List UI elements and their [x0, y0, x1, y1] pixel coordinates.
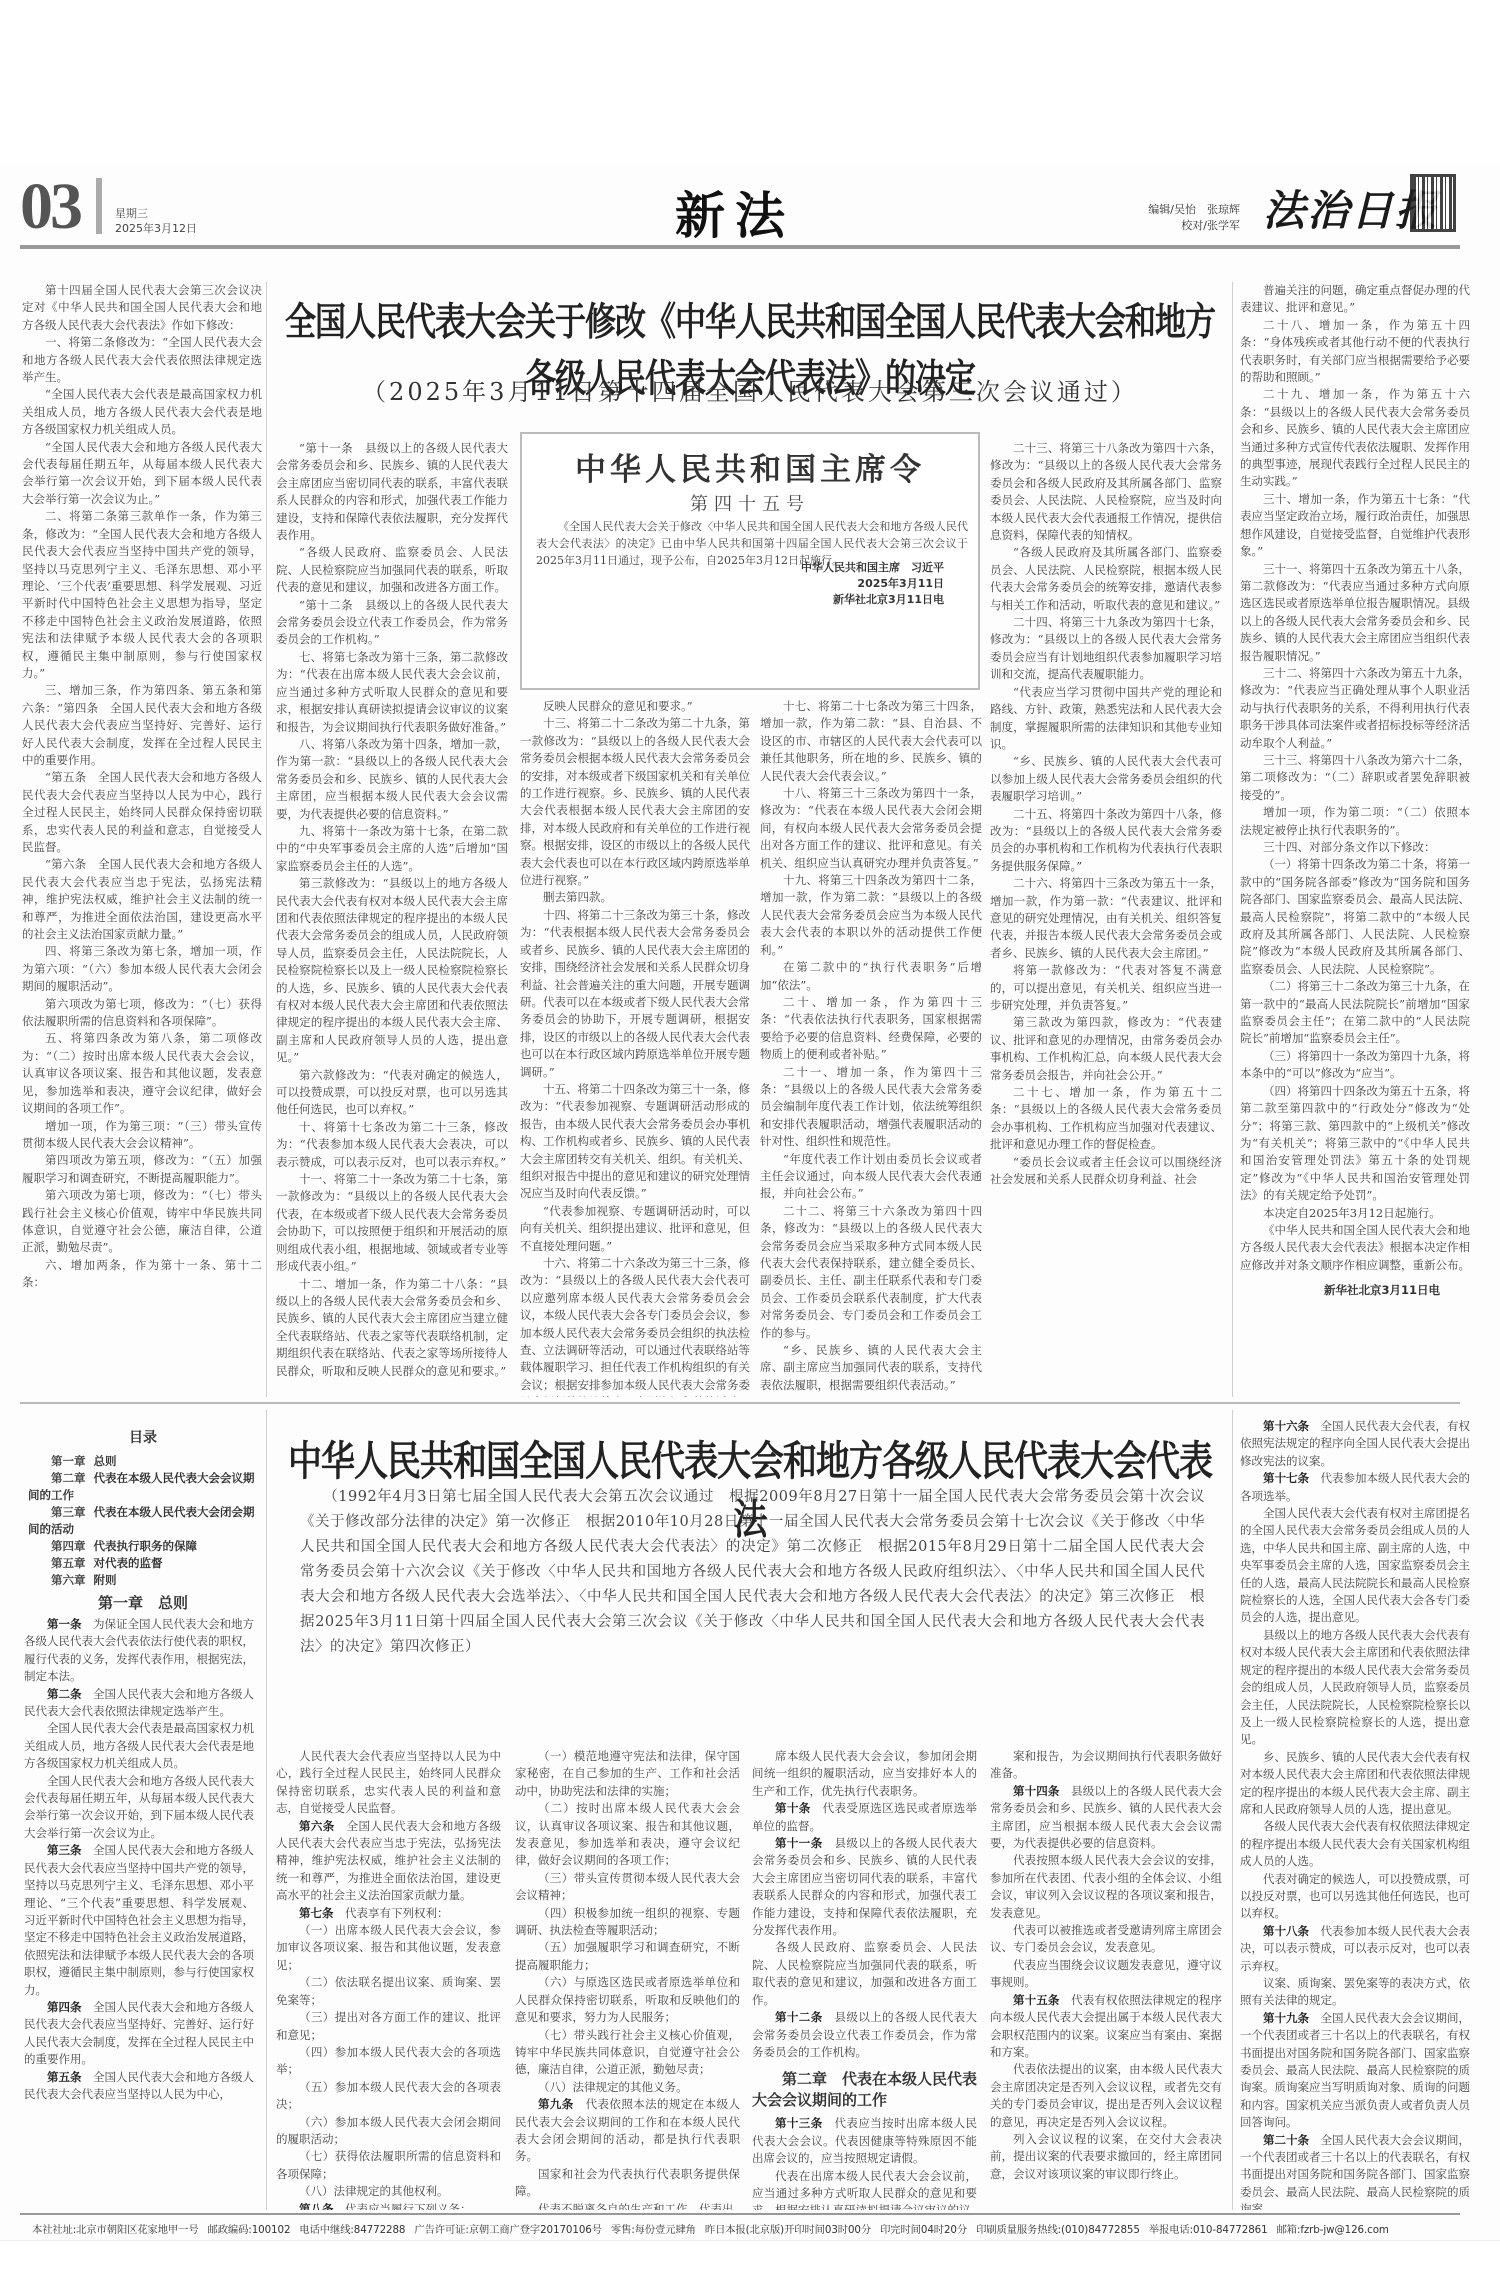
proofreader: 校对/张学军: [1010, 218, 1240, 234]
presidential-order-box: 中华人民共和国主席令 第四十五号 《全国人民代表大会关于修改〈中华人民共和国全国…: [520, 432, 980, 690]
decision-paragraph: 第六项改为第七项，修改为：“（七）获得依法履职所需的信息资料和各项保障”。: [22, 996, 262, 1031]
toc-item-1: 第一章总则: [28, 1453, 258, 1470]
law-article: 第十条 代表受原选区选民或者原选举单位的监督。: [752, 1800, 977, 1835]
law-article: 第二条 全国人民代表大会和地方各级人民代表大会代表依照法律规定选举产生。: [24, 1686, 254, 1721]
law-article: 第六条 全国人民代表大会和地方各级人民代表大会代表应当忠于宪法，弘扬宪法精神，维…: [276, 1818, 501, 1905]
law-article: 第二十条 全国人民代表大会会议期间，一个代表团或者三十名以上的代表联名，有权书面…: [1240, 2132, 1470, 2210]
law-article: 全国人民代表大会代表是最高国家权力机关组成人员，地方各级人民代表大会代表是地方各…: [24, 1720, 254, 1772]
decision-paragraph: 第三款修改为：“县级以上的地方各级人民代表大会代表有权对本级人民代表大会主席团和…: [276, 875, 508, 1066]
law-article: 第七条 代表享有下列权利：: [276, 1905, 501, 1922]
decision-paragraph: 十九、将第三十四条改为第四十二条，增加一款，作为第二款：“县级以上的各级人民代表…: [760, 872, 982, 959]
toc-item-6: 第六章附则: [28, 1572, 258, 1589]
law-article: （七）获得依法履职所需的信息资料和各项保障；: [276, 2148, 501, 2183]
decision-paragraph: 六、增加两条，作为第十一条、第十二条：: [22, 1257, 262, 1292]
law-article: 全国人民代表大会和地方各级人民代表大会代表每届任期五年，从每届本级人民代表大会举…: [24, 1773, 254, 1843]
decision-paragraph: 反映人民群众的意见和要求。”: [520, 698, 750, 715]
law-column-1: 第一条 为保证全国人民代表大会和地方各级人民代表大会代表依法行使代表的职权，履行…: [24, 1616, 254, 2176]
decision-paragraph: 第十四届全国人民代表大会第三次会议决定对《中华人民共和国全国人民代表大会和地方各…: [22, 282, 262, 334]
page-number: 03: [20, 172, 80, 242]
article-text: 代表依法提出的议案，由本级人民代表大会主席团决定是否列入会议议程，或者先交有关的…: [990, 2062, 1222, 2128]
article-number: 第十条: [775, 1801, 811, 1815]
law-column-4: 席本级人民代表大会会议，参加闭会期间统一组织的履职活动，应当安排好本人的生产和工…: [752, 1748, 977, 2210]
footer-item: 电话中继线:84772288: [299, 2224, 405, 2236]
article-text: 全国人民代表大会代表有权对主席团提名的全国人民代表大会常务委员会组成人员的人选，…: [1240, 1506, 1470, 1624]
decision-paragraph: “代表应当学习贯彻中国共产党的理论和路线、方针、政策，熟悉宪法和人民代表大会制度…: [990, 684, 1222, 754]
article-number: 第十二条: [775, 2010, 823, 2024]
law-article: （一）模范地遵守宪法和法律，保守国家秘密，在自己参加的生产、工作和社会活动中，协…: [515, 1748, 740, 1800]
toc-chapter-number: 第四章: [51, 1539, 86, 1553]
qr-code-icon[interactable]: [1410, 174, 1456, 232]
law-article: 国家和社会为代表执行代表职务提供保障。: [515, 2166, 740, 2201]
law-article: 第十一条 县级以上的各级人民代表大会常务委员会和乡、民族乡、镇的人民代表大会主席…: [752, 1835, 977, 1939]
law-article: （四）参加本级人民代表大会的各项选举；: [276, 2044, 501, 2079]
law-article: 代表可以被推选或者受邀请列席主席团会议、专门委员会会议，发表意见。: [990, 1922, 1222, 1957]
decision-column-3: 反映人民群众的意见和要求。”十三、将第二十二条改为第二十九条，第一款修改为：“县…: [520, 698, 750, 1397]
law-article: 第三条 全国人民代表大会和地方各级人民代表大会代表应当坚持中国共产党的领导，坚持…: [24, 1842, 254, 1999]
law-article: 第十七条 代表参加本级人民代表大会的各项选举。: [1240, 1470, 1470, 1505]
law-article: 第十三条 代表应当按时出席本级人民代表大会会议。代表因健康等特殊原因不能出席会议…: [752, 2115, 977, 2167]
law-article: 第五条 全国人民代表大会和地方各级人民代表大会代表应当坚持以人民为中心，: [24, 2069, 254, 2104]
law-article: 第十六条 全国人民代表大会代表，有权依照宪法规定的程序向全国人民代表大会提出修改…: [1240, 1418, 1470, 1470]
decision-paragraph: “第十二条 县级以上的各级人民代表大会常务委员会设立代表工作委员会，作为常务委员…: [276, 597, 508, 649]
article-text: （一）出席本级人民代表大会会议，参加审议各项议案、报告和其他议题，发表意见；: [276, 1923, 501, 1972]
decision-paragraph: （一）将第十四条改为第二十条，将第一款中的“国务院各部委”修改为“国务院和国务院…: [1240, 856, 1470, 978]
editor-credits: 编辑/吴怡 张琼辉 校对/张学军: [1010, 202, 1240, 234]
toc-chapter-number: 第三章: [51, 1505, 86, 1519]
decision-paragraph: 二十九、增加一条，作为第五十六条：“县级以上的各级人民代表大会常务委员会和乡、民…: [1240, 386, 1470, 490]
article-text: （六）参加本级人民代表大会闭会期间的履职活动；: [276, 2115, 501, 2146]
law-article: （二）依法联名提出议案、质询案、罢免案等；: [276, 1974, 501, 2009]
decision-paragraph: 将第一款修改为：“代表对答复不满意的，可以提出意见，有关机关、组织应当进一步研究…: [990, 962, 1222, 1014]
article-text: 各级人民代表大会代表有权依照法律规定的程序提出本级人民代表大会有关国家机构组成人…: [1240, 1819, 1470, 1868]
decision-paragraph: 十二、增加一条，作为第二十八条：“县级以上的各级人民代表大会常务委员会和乡、民族…: [276, 1276, 508, 1380]
footer-item: 广告许可证:京朝工商广登字20170106号: [414, 2224, 602, 2236]
article-number: 第十六条: [1263, 1419, 1309, 1433]
article-text: 列入会议议程的议案，在交付大会表决前，提出议案的代表要求撤回的，经主席团同意，会…: [990, 2132, 1222, 2181]
article-text: 代表对确定的候选人，可以投赞成票，可以投反对票，也可以另选其他任何选民，也可以弃…: [1240, 1872, 1470, 1921]
chapter-1-heading: 第一章 总则: [28, 1595, 258, 1612]
article-number: 第六条: [299, 1819, 335, 1833]
header-rule: [20, 245, 1460, 249]
decision-paragraph: 二十二、将第三十六条改为第四十四条，修改为：“县级以上的各级人民代表大会常务委员…: [760, 1203, 982, 1342]
law-article: 第一条 为保证全国人民代表大会和地方各级人民代表大会代表依法行使代表的职权，履行…: [24, 1616, 254, 1686]
decision-paragraph: 十六、将第二十六条改为第三十三条，修改为：“县级以上的各级人民代表大会代表可以应…: [520, 1255, 750, 1397]
decision-paragraph: 一、将第二条修改为：“全国人民代表大会和地方各级人民代表大会代表依照法律规定选举…: [22, 334, 262, 386]
article-text: 人民代表大会代表应当坚持以人民为中心，践行全过程人民民主，始终同人民群众保持密切…: [276, 1749, 501, 1815]
decision-paragraph: 二十三、将第三十八条改为第四十六条，修改为：“县级以上的各级人民代表大会常务委员…: [990, 440, 1222, 544]
toc-chapter-number: 第一章: [51, 1454, 86, 1468]
footer-item: 零售:每份壹元肆角: [611, 2224, 696, 2236]
column-divider: [266, 282, 267, 1397]
article-text: 代表不脱离各自的生产和工作。代表出: [538, 2202, 734, 2210]
article-number: 第四条: [47, 2000, 82, 2014]
law-article: 议案、质询案、罢免案等的表决方式，依照有关法律的规定。: [1240, 1975, 1470, 2010]
footer-item: 印完时间04时20分: [880, 2224, 967, 2236]
decision-paragraph: 增加一项，作为第二项：“（二）依照本法规定被停止执行代表职务的”。: [1240, 804, 1470, 839]
toc-item-2: 第二章代表在本级人民代表大会会议期间的工作: [28, 1470, 258, 1504]
decision-paragraph: 二十八、增加一条，作为第五十四条：“身体残疾或者其他行动不便的代表执行代表职务时…: [1240, 317, 1470, 387]
law-article: （六）参加本级人民代表大会闭会期间的履职活动；: [276, 2114, 501, 2149]
law-article: 人民代表大会代表应当坚持以人民为中心，践行全过程人民民主，始终同人民群众保持密切…: [276, 1748, 501, 1818]
footer-item: 昨日本报(北京版)开印时间03时00分: [705, 2224, 871, 2236]
law-article: 列入会议议程的议案，在交付大会表决前，提出议案的代表要求撤回的，经主席团同意，会…: [990, 2131, 1222, 2183]
article-text: 议案、质询案、罢免案等的表决方式，依照有关法律的规定。: [1240, 1976, 1470, 2007]
article-text: （八）法律规定的其他权利。: [299, 2184, 449, 2198]
law-article: 各级人民代表大会代表有权依照法律规定的程序提出本级人民代表大会有关国家机构组成人…: [1240, 1818, 1470, 1870]
article-number: 第九条: [538, 2097, 574, 2111]
toc-chapter-label: 总则: [94, 1454, 117, 1468]
article-number: 第十五条: [1013, 1993, 1059, 2007]
article-text: （七）带头践行社会主义核心价值观，铸牢中华民族共同体意识，自觉遵守社会公德，廉洁…: [515, 2028, 740, 2077]
article-text: （一）模范地遵守宪法和法律，保守国家秘密，在自己参加的生产、工作和社会活动中，协…: [515, 1749, 740, 1798]
article-number: 第十九条: [1263, 2011, 1309, 2025]
law-article: 第九条 代表依照本法的规定在本级人民代表大会会议期间的工作和在本级人民代表大会闭…: [515, 2096, 740, 2166]
law-article: 各级人民政府、监察委员会、人民法院、人民检察院应当加强同代表的联系，听取代表的意…: [752, 1939, 977, 2009]
law-article: 第四条 全国人民代表大会和地方各级人民代表大会代表应当坚持好、完善好、运行好人民…: [24, 1999, 254, 2069]
law-column-2: 人民代表大会代表应当坚持以人民为中心，践行全过程人民民主，始终同人民群众保持密切…: [276, 1748, 501, 2210]
article-number: 第八条: [299, 2202, 334, 2210]
article-text: 全国人民代表大会和地方各级人民代表大会代表应当坚持中国共产党的领导，坚持以马克思…: [24, 1843, 254, 1996]
article-text: 代表按照本级人民代表大会会议的安排，参加所在代表团、代表小组的全体会议、小组会议…: [990, 1853, 1222, 1919]
law-article: （八）法律规定的其他义务。: [515, 2079, 740, 2096]
article-number: 第十三条: [775, 2116, 823, 2130]
law-article: （七）带头践行社会主义核心价值观，铸牢中华民族共同体意识，自觉遵守社会公德，廉洁…: [515, 2027, 740, 2079]
decision-paragraph: 三十二、将第四十六条改为第五十九条，修改为：“代表应当正确处理从事个人职业活动与…: [1240, 665, 1470, 752]
article-number: 第七条: [299, 1906, 334, 1920]
decision-paragraph: “全国人民代表大会代表是最高国家权力机关组成人员，地方各级人民代表大会代表是地方…: [22, 386, 262, 438]
decision-paragraph: 三十、增加一条，作为第五十七条：“代表应当坚定政治立场，履行政治责任，加强思想作…: [1240, 491, 1470, 561]
law-article: 代表按照本级人民代表大会会议的安排，参加所在代表团、代表小组的全体会议、小组会议…: [990, 1852, 1222, 1922]
decision-paragraph: （三）将第四十一条改为第四十九条，将本条中的“可以”修改为“应当”。: [1240, 1048, 1470, 1083]
law-article: 第十八条 代表参加本级人民代表大会表决，可以表示赞成，可以表示反对，也可以表示弃…: [1240, 1923, 1470, 1975]
law-article: 乡、民族乡、镇的人民代表大会代表有权对本级人民代表大会主席团和代表依照法律规定的…: [1240, 1749, 1470, 1819]
law-article: 第十四条 县级以上的各级人民代表大会常务委员会和乡、民族乡、镇的人民代表大会主席…: [990, 1783, 1222, 1853]
article-text: 国家和社会为代表执行代表职务提供保障。: [515, 2167, 740, 2198]
law-article: （四）积极参加统一组织的视察、专题调研、执法检查等履职活动；: [515, 1905, 740, 1940]
column-divider: [266, 1410, 267, 2210]
decision-paragraph: 十七、将第二十七条改为第三十四条，增加一款，作为第二款：“县、自治县、不设区的市…: [760, 698, 982, 785]
law-article: 全国人民代表大会代表有权对主席团提名的全国人民代表大会常务委员会组成人员的人选，…: [1240, 1505, 1470, 1627]
decision-paragraph: 三、增加三条，作为第四条、第五条和第六条：“第四条 全国人民代表大会和地方各级人…: [22, 682, 262, 769]
law-article: （五）参加本级人民代表大会的各项表决；: [276, 2079, 501, 2114]
decision-paragraph: （二）将第三十二条改为第三十九条，在第一款中的“最高人民法院院长”前增加“国家监…: [1240, 978, 1470, 1048]
decision-paragraph: “第五条 全国人民代表大会和地方各级人民代表大会代表应当坚持以人民为中心，践行全…: [22, 769, 262, 856]
toc-chapter-label: 对代表的监督: [94, 1556, 163, 1570]
article-text: 席本级人民代表大会会议，参加闭会期间统一组织的履职活动，应当安排好本人的生产和工…: [752, 1749, 977, 1798]
decision-paragraph: 三十四、对部分条文作以下修改：: [1240, 839, 1470, 856]
decision-paragraph: 二十四、将第三十九条改为第四十七条，修改为：“县级以上的各级人民代表大会常务委员…: [990, 614, 1222, 684]
top-margin: [0, 0, 1500, 165]
decision-paragraph: 十、将第十七条改为第二十三条，修改为：“代表参加本级人民代表大会表决，可以表示赞…: [276, 1119, 508, 1171]
decision-dateline: 新华社北京3月11日电: [1240, 1282, 1470, 1299]
decision-paragraph: 五、将第四条改为第八条，第二项修改为：“（二）按时出席本级人民代表大会会议，认真…: [22, 1030, 262, 1117]
article-number: 第十四条: [1013, 1784, 1059, 1798]
decision-paragraph: 二十六、将第四十三条改为第五十一条，增加一款，作为第一款：“代表建议、批评和意见…: [990, 875, 1222, 962]
article-text: （二）依法联名提出议案、质询案、罢免案等；: [276, 1975, 501, 2006]
article-text: （七）获得依法履职所需的信息资料和各项保障；: [276, 2149, 501, 2180]
decision-paragraph: 第六项改为第七项，修改为：“（七）带头践行社会主义核心价值观，铸牢中华民族共同体…: [22, 1187, 262, 1257]
toc-chapter-label: 附则: [94, 1573, 117, 1587]
law-article: 第十五条 代表有权依照法律规定的程序向本级人民代表大会提出属于本级人民代表大会职…: [990, 1992, 1222, 2062]
column-divider: [1232, 282, 1233, 1397]
article-text: 代表应当围绕会议议题发表意见，遵守议事规则。: [990, 1958, 1222, 1989]
article-text: （二）按时出席本级人民代表大会会议，认真审议各项议案、报告和其他议题，发表意见，…: [515, 1801, 740, 1867]
law-article: （三）提出对各方面工作的建议、批评和意见；: [276, 2009, 501, 2044]
editors: 编辑/吴怡 张琼辉: [1010, 202, 1240, 218]
article-text: （四）参加本级人民代表大会的各项选举；: [276, 2045, 501, 2076]
law-article: （二）按时出席本级人民代表大会会议，认真审议各项议案、报告和其他议题，发表意见，…: [515, 1800, 740, 1870]
decision-paragraph: 十五、将第二十四条改为第三十一条，修改为：“代表参加视察、专题调研活动形成的报告…: [520, 1081, 750, 1203]
law-article: 代表应当围绕会议议题发表意见，遵守议事规则。: [990, 1957, 1222, 1992]
order-title: 中华人民共和国主席令: [522, 444, 978, 489]
article-text: 案和报告，为会议期间执行代表职务做好准备。: [990, 1749, 1222, 1780]
decision-paragraph: 三十三、将第四十八条改为第六十二条，第二项修改为：“（二）辞职或者罢免辞职被接受…: [1240, 752, 1470, 804]
decision-column-2: “第十一条 县级以上的各级人民代表大会常务委员会和乡、民族乡、镇的人民代表大会主…: [276, 440, 508, 1397]
decision-paragraph: 九、将第十一条改为第十七条，在第二款中的“中央军事委员会主席的人选”后增加“国家…: [276, 823, 508, 875]
toc-chapter-label: 代表执行职务的保障: [94, 1539, 198, 1553]
law-article: 席本级人民代表大会会议，参加闭会期间统一组织的履职活动，应当安排好本人的生产和工…: [752, 1748, 977, 1800]
article-text: 全国人民代表大会代表是最高国家权力机关组成人员，地方各级人民代表大会代表是地方各…: [24, 1721, 254, 1770]
bottom-margin: [0, 2240, 1500, 2279]
law-article: （八）法律规定的其他权利。: [276, 2183, 501, 2200]
toc-item-5: 第五章对代表的监督: [28, 1555, 258, 1572]
article-text: 代表享有下列权利：: [345, 1906, 449, 1920]
section-divider: [20, 1402, 1460, 1404]
article-text: 乡、民族乡、镇的人民代表大会代表有权对本级人民代表大会主席团和代表依照法律规定的…: [1240, 1750, 1470, 1816]
decision-paragraph: 在第二款中的“执行代表职务”后增加“依法”。: [760, 959, 982, 994]
decision-paragraph: “第十一条 县级以上的各级人民代表大会常务委员会和乡、民族乡、镇的人民代表大会主…: [276, 440, 508, 544]
chapter-2-heading: 第二章 代表在本级人民代表大会会议期间的工作: [752, 2069, 977, 2111]
article-number: 第十七条: [1263, 1471, 1309, 1485]
table-of-contents: 目录 第一章总则第二章代表在本级人民代表大会会议期间的工作第三章代表在本级人民代…: [28, 1430, 258, 2176]
decision-subtitle: （2025年3月11日第十四届全国人民代表大会第三次会议通过）: [275, 372, 1225, 407]
law-column-6: 第十六条 全国人民代表大会代表，有权依照宪法规定的程序向全国人民代表大会提出修改…: [1240, 1418, 1470, 2210]
masthead: 03 星期三 2025年3月12日 新法 编辑/吴怡 张琼辉 校对/张学军 法治…: [20, 172, 1460, 250]
article-text: （八）法律规定的其他义务。: [538, 2080, 688, 2094]
decision-paragraph: 第六款修改为：“代表对确定的候选人，可以投赞成票，可以投反对票，也可以另选其他任…: [276, 1067, 508, 1119]
decision-column-4: 十七、将第二十七条改为第三十四条，增加一款，作为第二款：“县、自治县、不设区的市…: [760, 698, 982, 1397]
law-amendment-history: （1992年4月3日第七届全国人民代表大会第五次会议通过 根据2009年8月27…: [300, 1485, 1205, 1660]
law-article: 县级以上的地方各级人民代表大会代表有权对本级人民代表大会主席团和代表依照法律规定…: [1240, 1627, 1470, 1749]
footer-item: 邮箱:fzrb-jw@126.com: [1277, 2224, 1389, 2236]
decision-paragraph: “乡、民族乡、镇的人民代表大会代表可以参加上级人民代表大会常务委员会组织的代表履…: [990, 753, 1222, 805]
decision-paragraph: 十三、将第二十二条改为第二十九条，第一款修改为：“县级以上的各级人民代表大会常务…: [520, 715, 750, 889]
footer-item: 印刷质量服务热线:(010)84772855: [976, 2224, 1140, 2236]
footer-item: 举报电话:010-84772861: [1149, 2224, 1268, 2236]
publication-footer: 本社社址:北京市朝阳区花家地甲一号邮政编码:100102电话中继线:847722…: [32, 2221, 1462, 2236]
article-text: 各级人民政府、监察委员会、人民法院、人民检察院应当加强同代表的联系，听取代表的意…: [752, 1940, 977, 2006]
article-number: 第二条: [47, 1687, 82, 1701]
article-number: 第十一条: [775, 1836, 823, 1850]
decision-paragraph: 四、将第三条改为第七条，增加一项，作为第六项：“（六）参加本级人民代表大会闭会期…: [22, 943, 262, 995]
decision-paragraph: 普遍关注的问题，确定重点督促办理的代表建议、批评和意见。”: [1240, 282, 1470, 317]
footer-item: 邮政编码:100102: [208, 2224, 291, 2236]
law-column-3: （一）模范地遵守宪法和法律，保守国家秘密，在自己参加的生产、工作和社会活动中，协…: [515, 1748, 740, 2210]
law-column-5: 案和报告，为会议期间执行代表职务做好准备。第十四条 县级以上的各级人民代表大会常…: [990, 1748, 1222, 2210]
decision-column-6: 普遍关注的问题，确定重点督促办理的代表建议、批评和意见。”二十八、增加一条，作为…: [1240, 282, 1470, 1397]
signatory: 中华人民共和国主席 习近平: [801, 560, 944, 576]
law-article: （三）带头宣传贯彻本级人民代表大会会议精神；: [515, 1870, 740, 1905]
decision-paragraph: “全国人民代表大会和地方各级人民代表大会代表每届任期五年，从每届本级人民代表大会…: [22, 439, 262, 509]
decision-column-1: 第十四届全国人民代表大会第三次会议决定对《中华人民共和国全国人民代表大会和地方各…: [22, 282, 262, 1397]
decision-paragraph: “委员长会议或者主任会议可以围绕经济社会发展和关系人民群众切身利益、社会: [990, 1154, 1222, 1189]
law-article: （五）加强履职学习和调查研究，不断提高履职能力；: [515, 1939, 740, 1974]
order-dateline: 新华社北京3月11日电: [801, 592, 944, 608]
toc-item-4: 第四章代表执行职务的保障: [28, 1538, 258, 1555]
article-text: （四）积极参加统一组织的视察、专题调研、执法检查等履职活动；: [515, 1906, 740, 1937]
issue-date: 星期三 2025年3月12日: [115, 206, 197, 236]
decision-paragraph: 第四项改为第五项，修改为：“（五）加强履职学习和调查研究，不断提高履职能力”。: [22, 1152, 262, 1187]
footer-rule: [20, 2213, 1460, 2215]
article-text: （六）与原选区选民或者原选举单位和人民群众保持密切联系，听取和反映他们的意见和要…: [515, 1975, 740, 2024]
decision-paragraph: 七、将第七条改为第十三条，第二款修改为：“代表在出席本级人民代表大会会议前，应当…: [276, 649, 508, 736]
decision-paragraph: 本决定自2025年3月12日起施行。: [1240, 1205, 1470, 1222]
toc-chapter-number: 第二章: [51, 1471, 86, 1485]
decision-paragraph: 二十七、增加一条，作为第五十二条：“县级以上的各级人民代表大会常务委员会办事机构…: [990, 1084, 1222, 1154]
column-divider: [1232, 1410, 1233, 2210]
order-signature: 中华人民共和国主席 习近平 2025年3月11日 新华社北京3月11日电: [801, 560, 944, 608]
decision-paragraph: “各级人民政府及其所属各部门、监察委员会、人民法院、人民检察院，根据本级人民代表…: [990, 544, 1222, 614]
weekday: 星期三: [115, 206, 197, 221]
article-text: （五）参加本级人民代表大会的各项表决；: [276, 2080, 501, 2111]
law-article: 第十九条 全国人民代表大会会议期间，一个代表团或者三十名以上的代表联名，有权书面…: [1240, 2010, 1470, 2132]
decision-paragraph: “年度代表工作计划由委员长会议或者主任会议通过，向本级人民代表大会代表通报，并向…: [760, 1151, 982, 1203]
decision-paragraph: 二十、增加一条，作为第四十三条：“代表依法执行代表职务，国家根据需要给予必要的信…: [760, 994, 982, 1064]
article-number: 第二十条: [1263, 2133, 1309, 2147]
article-text: （三）带头宣传贯彻本级人民代表大会会议精神；: [515, 1871, 740, 1902]
article-text: 全国人民代表大会和地方各级人民代表大会代表每届任期五年，从每届本级人民代表大会举…: [24, 1774, 254, 1840]
toc-chapter-number: 第五章: [51, 1556, 86, 1570]
order-date: 2025年3月11日: [801, 576, 944, 592]
law-article: 第八条 代表应当履行下列义务：: [276, 2201, 501, 2210]
toc-title: 目录: [28, 1430, 258, 1447]
article-text: 代表应当履行下列义务：: [345, 2202, 472, 2210]
law-article: 代表不脱离各自的生产和工作。代表出: [515, 2201, 740, 2210]
decision-paragraph: 删去第四款。: [520, 889, 750, 906]
decision-paragraph: “各级人民政府、监察委员会、人民法院、人民检察院应当加强同代表的联系，听取代表的…: [276, 544, 508, 596]
section-title: 新法: [675, 176, 795, 248]
article-number: 第十八条: [1263, 1924, 1309, 1938]
article-text: （三）提出对各方面工作的建议、批评和意见；: [276, 2010, 501, 2041]
footer-item: 本社社址:北京市朝阳区花家地甲一号: [32, 2224, 199, 2236]
page-number-divider: [96, 178, 102, 234]
decision-paragraph: “乡、民族乡、镇的人民代表大会主席、副主席应当加强同代表的联系，支持代表依法履职…: [760, 1342, 982, 1394]
article-text: 代表可以被推选或者受邀请列席主席团会议、专门委员会会议，发表意见。: [990, 1923, 1222, 1954]
law-article: 代表对确定的候选人，可以投赞成票，可以投反对票，也可以另选其他任何选民，也可以弃…: [1240, 1871, 1470, 1923]
article-text: （五）加强履职学习和调查研究，不断提高履职能力；: [515, 1940, 740, 1971]
article-text: 全国人民代表大会会议期间，一个代表团或者三十名以上的代表联名，有权书面提出对国务…: [1240, 2011, 1470, 2129]
decision-paragraph: 增加一项，作为第三项：“（三）带头宣传贯彻本级人民代表大会会议精神”。: [22, 1118, 262, 1153]
date: 2025年3月12日: [115, 221, 197, 236]
law-article: 代表依法提出的议案，由本级人民代表大会主席团决定是否列入会议议程，或者先交有关的…: [990, 2061, 1222, 2131]
law-article: （六）与原选区选民或者原选举单位和人民群众保持密切联系，听取和反映他们的意见和要…: [515, 1974, 740, 2026]
decision-paragraph: 第三款改为第四款，修改为：“代表建议、批评和意见的办理情况，由常务委员会办事机构…: [990, 1014, 1222, 1084]
decision-paragraph: 二、将第二条第三款单作一条，作为第三条，修改为：“全国人民代表大会和地方各级人民…: [22, 508, 262, 682]
article-number: 第一条: [47, 1617, 82, 1631]
decision-paragraph: 八、将第八条改为第十四条，增加一款，作为第一款：“县级以上的各级人民代表大会常务…: [276, 736, 508, 823]
article-number: 第五条: [47, 2070, 82, 2084]
decision-paragraph: 三十一、将第四十五条改为第五十八条，第二款修改为：“代表应当通过多种方式向原选区…: [1240, 561, 1470, 665]
article-text: 县级以上的地方各级人民代表大会代表有权对本级人民代表大会主席团和代表依照法律规定…: [1240, 1628, 1470, 1746]
law-article: 第十二条 县级以上的各级人民代表大会常务委员会设立代表工作委员会，作为常务委员会…: [752, 2009, 977, 2061]
toc-chapter-number: 第六章: [51, 1573, 86, 1587]
newspaper-page: 03 星期三 2025年3月12日 新法 编辑/吴怡 张琼辉 校对/张学军 法治…: [0, 0, 1500, 2279]
decision-column-5: 二十三、将第三十八条改为第四十六条，修改为：“县级以上的各级人民代表大会常务委员…: [990, 440, 1222, 1397]
law-article: （一）出席本级人民代表大会会议，参加审议各项议案、报告和其他议题，发表意见；: [276, 1922, 501, 1974]
toc-item-3: 第三章代表在本级人民代表大会闭会期间的活动: [28, 1504, 258, 1538]
decision-paragraph: 十四、将第二十三条改为第三十条，修改为：“代表根据本级人民代表大会常务委员会或者…: [520, 907, 750, 1081]
decision-paragraph: “代表参加视察、专题调研活动时，可以向有关机关、组织提出建议、批评和意见，但不直…: [520, 1203, 750, 1255]
decision-paragraph: （四）将第四十四条改为第五十五条，将第二款至第四款中的“行政处分”修改为“处分”…: [1240, 1083, 1470, 1205]
law-article: 案和报告，为会议期间执行代表职务做好准备。: [990, 1748, 1222, 1783]
article-text: 县级以上的各级人民代表大会常务委员会和乡、民族乡、镇的人民代表大会主席团应当密切…: [752, 1836, 977, 1937]
order-number: 第四十五号: [522, 490, 978, 516]
decision-paragraph: “第六条 全国人民代表大会和地方各级人民代表大会代表应当忠于宪法，弘扬宪法精神，…: [22, 856, 262, 943]
decision-paragraph: 《中华人民共和国全国人民代表大会和地方各级人民代表大会代表法》根据本决定作相应修…: [1240, 1222, 1470, 1274]
article-number: 第三条: [47, 1843, 82, 1857]
decision-paragraph: 二十五、将第四十条改为第四十八条，修改为：“县级以上的各级人民代表大会常务委员会…: [990, 806, 1222, 876]
decision-paragraph: 十八、将第三十三条改为第四十一条，修改为：“代表在本级人民代表大会闭会期间，有权…: [760, 785, 982, 872]
article-text: 代表在出席本级人民代表大会会议前，应当通过多种方式听取人民群众的意见和要求，根据…: [752, 2169, 977, 2210]
decision-paragraph: 十一、将第二十一条改为第二十七条，第一款修改为：“县级以上的各级人民代表大会代表…: [276, 1171, 508, 1275]
law-article: 代表在出席本级人民代表大会会议前，应当通过多种方式听取人民群众的意见和要求，根据…: [752, 2168, 977, 2210]
decision-paragraph: 二十一、增加一条，作为第四十三条：“县级以上的各级人民代表大会常务委员会编制年度…: [760, 1064, 982, 1151]
